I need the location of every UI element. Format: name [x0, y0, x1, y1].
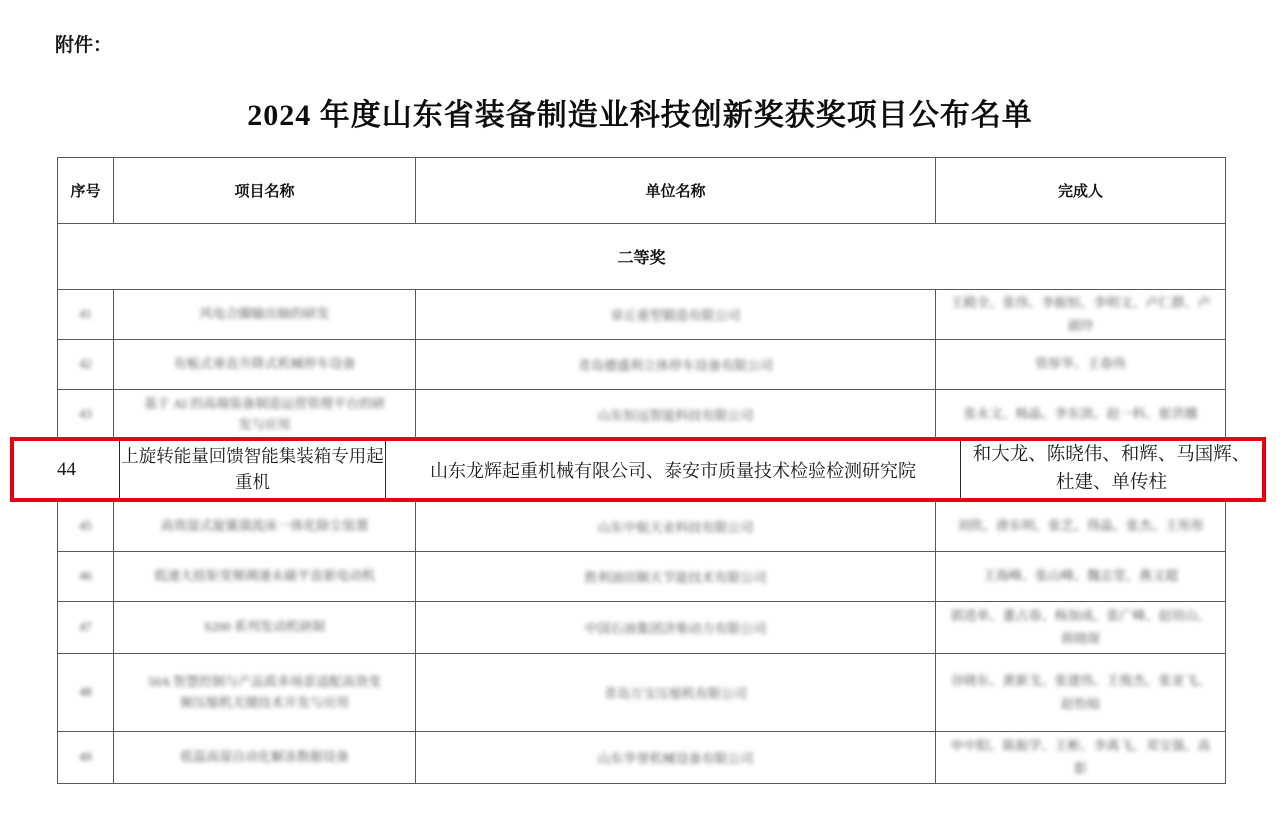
table-row: 42 有板式垂直升降式机械停车设备 青岛德盛利立体停车设备有限公司 管厚华、王春…	[58, 340, 1226, 390]
cell-no: 42	[58, 340, 114, 390]
table-row: 46 低速大扭矩变频调速永磁平直驱电动机 胜利油田顺天节能技术有限公司 王海峰、…	[58, 552, 1226, 602]
column-header-project: 项目名称	[114, 158, 416, 224]
table-row: 41 风电合圈输出轴的研发 章丘重型锻造有限公司 王殿全、张伟、李振恒、李明文、…	[58, 290, 1226, 340]
cell-org: 青岛万宝压缩机有限公司	[416, 654, 936, 732]
table-row: 45 高效湿式旋簧湍流床一体化除尘装置 山东中航天业科技有限公司 刘欣、唐东明、…	[58, 502, 1226, 552]
cell-org: 山东中航天业科技有限公司	[416, 502, 936, 552]
cell-no: 48	[58, 654, 114, 732]
cell-project: 50A 智慧控制与产品质多场景适配高效变频压缩机关键技术开发与应用	[114, 654, 416, 732]
highlighted-row-44: 44 上旋转能量回馈智能集装箱专用起重机 山东龙辉起重机械有限公司、泰安市质量技…	[10, 437, 1266, 502]
cell-project: 低温高湿自动化解冻数据设备	[114, 732, 416, 784]
cell-people: 郭进单、董占春、杨加成、张广峰、赵培山、蒋晓琛	[936, 602, 1226, 654]
cell-project: 有板式垂直升降式机械停车设备	[114, 340, 416, 390]
cell-people: 张永文、杨晶、李东滨、赵一科、崔洪娜	[936, 390, 1226, 440]
highlight-cell-org: 山东龙辉起重机械有限公司、泰安市质量技术检验检测研究院	[386, 441, 961, 498]
cell-project: 风电合圈输出轴的研发	[114, 290, 416, 340]
table-row: 48 50A 智慧控制与产品质多场景适配高效变频压缩机关键技术开发与应用 青岛万…	[58, 654, 1226, 732]
cell-no: 47	[58, 602, 114, 654]
table-row: 49 低温高湿自动化解冻数据设备 山东华誉机械设备有限公司 申中阳、陈振学、王彬…	[58, 732, 1226, 784]
cell-project: 低速大扭矩变频调速永磁平直驱电动机	[114, 552, 416, 602]
section-label: 二等奖	[58, 224, 1226, 290]
cell-people: 刘欣、唐东明、张艺、得晶、张杰、王彤彤	[936, 502, 1226, 552]
highlight-cell-project: 上旋转能量回馈智能集装箱专用起重机	[120, 441, 386, 498]
column-header-people: 完成人	[936, 158, 1226, 224]
section-row: 二等奖	[58, 224, 1226, 290]
cell-people: 管厚华、王春伟	[936, 340, 1226, 390]
table-header-row: 序号 项目名称 单位名称 完成人	[58, 158, 1226, 224]
highlight-cell-no: 44	[14, 441, 120, 498]
cell-no: 41	[58, 290, 114, 340]
cell-org: 中国石油集团济柴动力有限公司	[416, 602, 936, 654]
column-header-no: 序号	[58, 158, 114, 224]
cell-people: 王殿全、张伟、李振恒、李明文、卢仁群、卢淑玲	[936, 290, 1226, 340]
cell-no: 45	[58, 502, 114, 552]
cell-org: 青岛德盛利立体停车设备有限公司	[416, 340, 936, 390]
highlight-cell-people: 和大龙、陈晓伟、和辉、马国辉、杜建、单传柱	[961, 441, 1262, 498]
cell-people: 王海峰、张山峰、魏志堂、燕文超	[936, 552, 1226, 602]
cell-no: 43	[58, 390, 114, 440]
cell-people: 申中阳、陈振学、王彬、李禹飞、邓宝强、高影	[936, 732, 1226, 784]
cell-no: 49	[58, 732, 114, 784]
cell-org: 山东恒远智能科技有限公司	[416, 390, 936, 440]
table-row: 43 基于 AI 的高端装备制造运营管理平台的研发与应用 山东恒远智能科技有限公…	[58, 390, 1226, 440]
attachment-label: 附件：	[55, 30, 112, 57]
cell-org: 山东华誉机械设备有限公司	[416, 732, 936, 784]
cell-project: S200 系列发动机研制	[114, 602, 416, 654]
table-row: 47 S200 系列发动机研制 中国石油集团济柴动力有限公司 郭进单、董占春、杨…	[58, 602, 1226, 654]
cell-org: 章丘重型锻造有限公司	[416, 290, 936, 340]
cell-project: 高效湿式旋簧湍流床一体化除尘装置	[114, 502, 416, 552]
column-header-org: 单位名称	[416, 158, 936, 224]
page-title: 2024 年度山东省装备制造业科技创新奖获奖项目公布名单	[0, 90, 1280, 134]
cell-people: 谷晓东、黄新戈、张建伟、王俊杰、张亚飞、赵怡灿	[936, 654, 1226, 732]
cell-project: 基于 AI 的高端装备制造运营管理平台的研发与应用	[114, 390, 416, 440]
cell-org: 胜利油田顺天节能技术有限公司	[416, 552, 936, 602]
document-page: 附件： 2024 年度山东省装备制造业科技创新奖获奖项目公布名单 序号 项目名称…	[0, 0, 1280, 826]
cell-no: 46	[58, 552, 114, 602]
